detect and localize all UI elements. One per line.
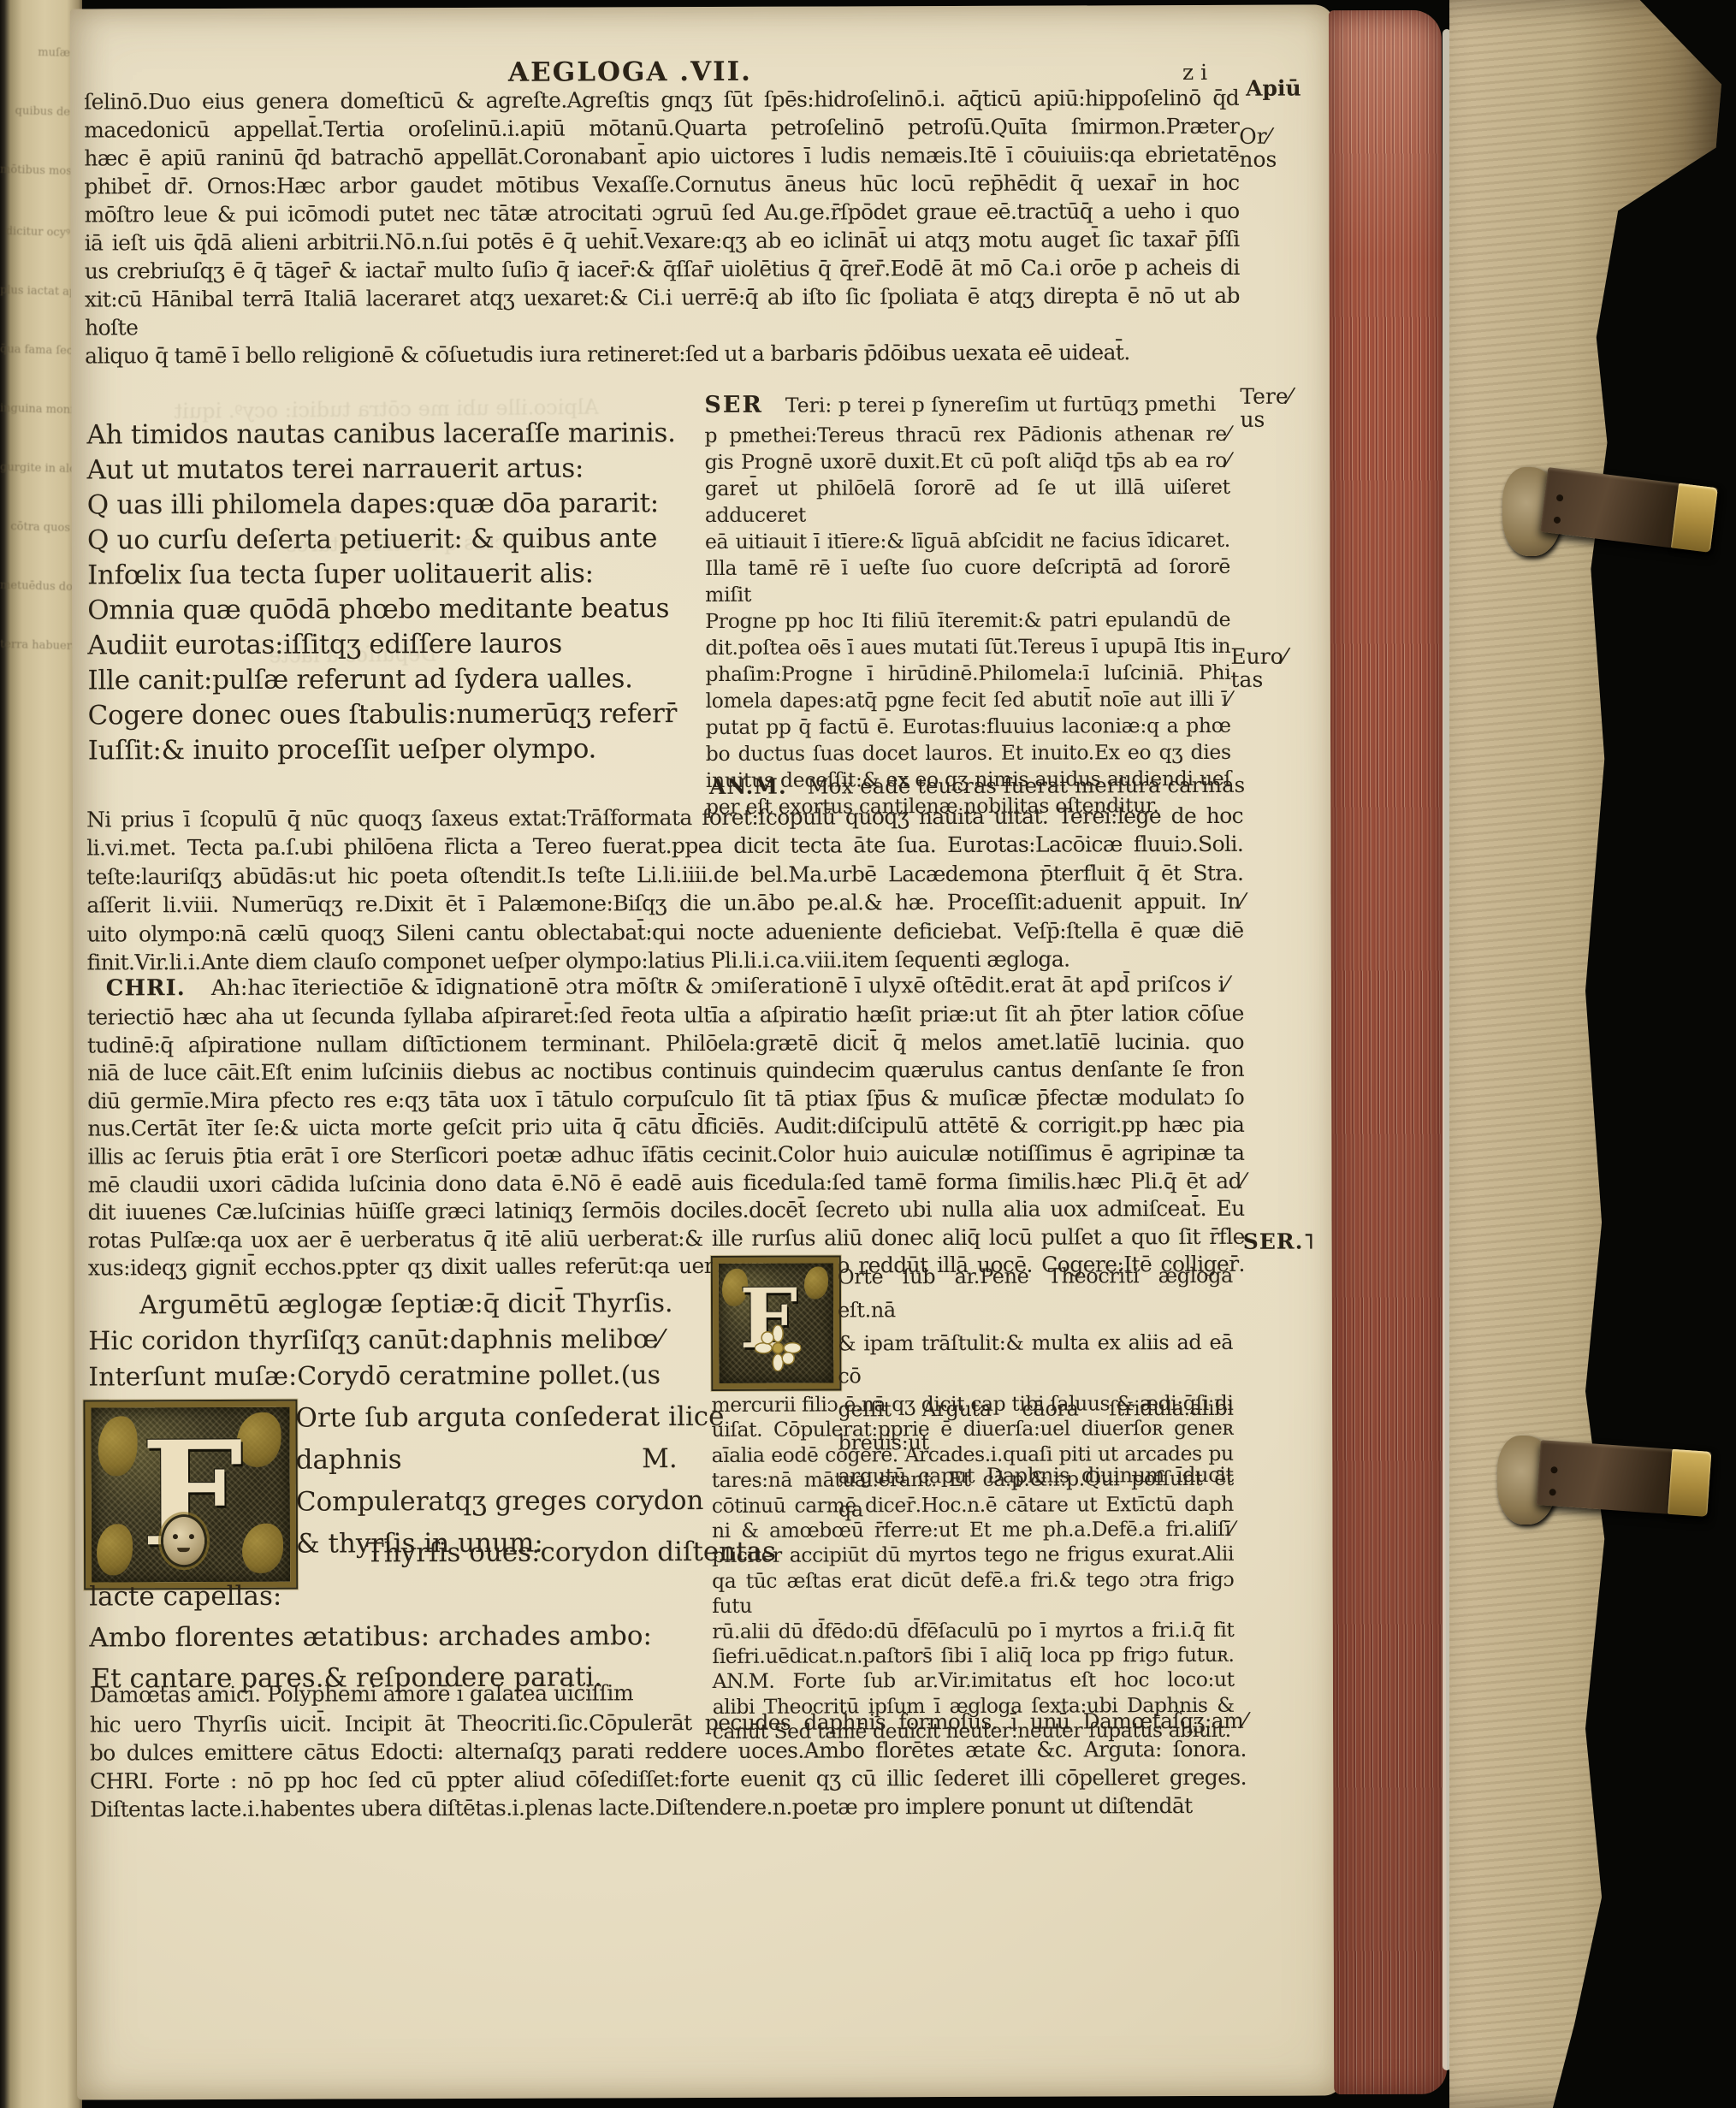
text-line: q̄ua fama ſecutā bbox=[0, 343, 82, 358]
text-line: lomela dapes:atq̄ pgne fecit ſed abutit̄… bbox=[706, 686, 1231, 714]
left-page-stack-edge: muſæquibus demōtibus mosdicitur ocyꝰplus… bbox=[0, 0, 82, 2108]
text-line: aſſerit li.viii. Numerūqʒ re.Dixit ēt ī … bbox=[86, 887, 1243, 920]
text-line: mē claudii uxori cādida luſcinia dono da… bbox=[87, 1167, 1244, 1199]
text-line: teriectiō hæc aha ut ſecunda ſyllaba aſp… bbox=[87, 1000, 1244, 1032]
text-line: mercurii filiɔ ē.nā qʒ dicit cap tibi ſa… bbox=[711, 1391, 1233, 1418]
section-label-ser: SER bbox=[704, 392, 763, 418]
text-line: Ah timidos nautas canibus laceraſſe mari… bbox=[86, 416, 687, 453]
servius-commentary-column: p pmethei:Tereus thracū rex Pādionis ath… bbox=[704, 421, 1231, 820]
text-line: Progne pp hoc Iti filiū īteremit:& patri… bbox=[705, 607, 1230, 635]
book-clasp-top bbox=[1525, 462, 1721, 565]
text-line: qa tūc æſtas erat dicūt defē.a fri.& teg… bbox=[712, 1567, 1234, 1619]
text-line: terra habuerat bbox=[0, 638, 82, 654]
red-fore-edge bbox=[1329, 10, 1447, 2094]
clasp-brass-tip bbox=[1671, 483, 1718, 553]
text-line: macedonicū appellat̄.Tertia oroſelinū.i.… bbox=[84, 112, 1239, 145]
text-line: Ni prius ī ſcopulū q̄ nūc quoqʒ ſaxeus e… bbox=[86, 802, 1243, 834]
text-line: ſiefri.uēdicat.n.paſtors̄ ſibi ī aliq̄ l… bbox=[712, 1643, 1234, 1670]
anm-first-line: Mox eadē teucras fuerat merſura carinas bbox=[808, 773, 1246, 799]
text-line: Illa tamē rē ī ueſte ſuo cuore deſcriptā… bbox=[705, 554, 1230, 608]
text-line: Aut ut mutatos terei narrauerit artus: bbox=[87, 451, 688, 488]
clasp-brass-tip bbox=[1668, 1449, 1711, 1517]
text-line: garet̄ ut philōelā ſororē ad ſe ut illā … bbox=[705, 474, 1230, 529]
text-line: & ipam trāſtulit:& multa ex aliis ad eā … bbox=[838, 1325, 1233, 1393]
text-line: ni & amœbœū r̄ferre:ut Et me ph.a.Defē.a… bbox=[712, 1517, 1234, 1544]
theocritus-commentary-column: mercurii filiɔ ē.nā qʒ dicit cap tibi ſa… bbox=[711, 1391, 1234, 1745]
text-line: eā uitiauit ī itīere:& līguā abſcidit ne… bbox=[705, 527, 1230, 555]
page-signature: z i bbox=[1182, 60, 1207, 85]
chri-heading-line: CHRI.Ah:hac īteriectiōe & īdignationē ɔt… bbox=[87, 972, 1244, 1002]
top-commentary-block: ſelinō.Duo eius genera domeſticū & agreſ… bbox=[84, 84, 1240, 370]
text-line: phibet̄ dr̄. Ornos:Hæc arbor gaudet mōti… bbox=[84, 169, 1239, 201]
text-line: Diſtentas lacte.i.habentes ubera diſtēta… bbox=[90, 1791, 1247, 1824]
bottom-commentary-block: hic uero Thyrſis uicit̄. Incipit āt Theo… bbox=[90, 1707, 1247, 1824]
text-line: Iuſſit:& inuito proceſſit ueſper olympo. bbox=[88, 731, 689, 768]
speaker-label-m: M. bbox=[642, 1443, 678, 1474]
text-line: nus.Certāt īter ſe:& uicta morte geſcit … bbox=[87, 1111, 1244, 1143]
verse-line: lacte capellas: bbox=[89, 1581, 281, 1613]
book-page: AEGLOGA .VII. z i Alpico.ille ubi me cōt… bbox=[70, 4, 1342, 2099]
text-line: Cogere donec oues ſtabulis:numerūqʒ refe… bbox=[88, 696, 689, 733]
text-line: bo dulces emittere cātus Edocti: alterna… bbox=[90, 1735, 1247, 1768]
text-line: putat pp q̄ factū ē. Eurotas:fluuius lac… bbox=[706, 713, 1231, 741]
text-line: aliquo q̄ tamē ī bello religionē & cōſue… bbox=[85, 338, 1240, 370]
verse-line: Compuleratqʒ greges corydon bbox=[296, 1485, 704, 1518]
text-line: hæc ē apiū raninū q̄d batrachō appellāt.… bbox=[84, 140, 1239, 173]
decorated-initial-F-small: F bbox=[713, 1257, 840, 1389]
text-line: tudinē:q̄ aſpiratione nullam diſtīctione… bbox=[87, 1027, 1244, 1059]
text-line: dit iuuenes Cæ.luſcinias hūiſſe græci la… bbox=[88, 1195, 1245, 1227]
text-line: hic uero Thyrſis uicit̄. Incipit āt Theo… bbox=[90, 1707, 1247, 1739]
text-line: Q uo curſu deſerta petiuerit: & quibus a… bbox=[87, 521, 688, 558]
text-line: mōſtro leue & pui icōmodi putet nec tātæ… bbox=[85, 197, 1240, 229]
verse-line: Ambo florentes ætatibus: archades ambo: bbox=[89, 1620, 652, 1653]
text-line: Ille canit:pulſæ referunt ad ſydera uall… bbox=[87, 661, 688, 698]
text-line: plus iactat apd̄ bbox=[0, 284, 82, 299]
text-line: iā ieſt uis q̄dā alieni arbitrii.Nō.n.ſu… bbox=[85, 225, 1240, 258]
verse-column: Ah timidos nautas canibus laceraſſe mari… bbox=[86, 416, 688, 768]
text-line: p pmethei:Tereus thracū rex Pādionis ath… bbox=[704, 421, 1229, 449]
margin-note-ornos: Or⁄ nos bbox=[1239, 125, 1277, 171]
text-line: uiſat. Cōpulerat:pprie ē diuerſa:uel diu… bbox=[711, 1416, 1233, 1443]
verse-line-text: daphnis bbox=[296, 1444, 402, 1475]
margin-note-eurotas: Euro⁄ tas bbox=[1230, 645, 1287, 691]
verse-line: Orte ſub arguta conſederat ilice bbox=[295, 1401, 724, 1434]
margin-note-tereus: Tere⁄ us bbox=[1240, 385, 1292, 431]
text-line: Q uas illi philomela dapes:quæ dōa parar… bbox=[87, 486, 688, 523]
text-line: rū.alii dū d̄fēdo:dū d̄fēſaculū po ī myr… bbox=[712, 1618, 1234, 1645]
text-line: CHRI. Forte : nō pp hoc ſed cū ppter ali… bbox=[90, 1763, 1247, 1796]
text-line: illis ac ſeruis p̄tia erāt ī ore Sterſic… bbox=[87, 1140, 1244, 1171]
section-label-anm: AN.M. bbox=[709, 774, 787, 799]
verse-line: daphnis M. bbox=[296, 1443, 678, 1476]
text-line: pliciter accipiūt dū myrtos tego ne frig… bbox=[712, 1542, 1234, 1569]
argumentum-line: Interſunt muſæ:Corydō ceratmine pollet.(… bbox=[88, 1360, 661, 1392]
servius-first-line: Teri: p terei p ſynereſim ut furtūqʒ pme… bbox=[785, 392, 1216, 417]
text-line: phaſim:Progne ī hirūdinē.Philomela:ī luſ… bbox=[705, 660, 1230, 688]
decorated-initial-F-large: F bbox=[85, 1401, 296, 1589]
text-line: niā de luce cāit.Eſt enim luſciniis dieb… bbox=[87, 1056, 1244, 1087]
commentary-line: Damœtas amici. Polyphemi amorē ī galateā… bbox=[90, 1680, 634, 1707]
text-line: ſelinō.Duo eius genera domeſticū & agreſ… bbox=[84, 84, 1239, 116]
margin-note-ser: SER.˥ bbox=[1243, 1230, 1315, 1253]
chri-commentary-block: teriectiō hæc aha ut ſecunda ſyllaba aſp… bbox=[87, 1000, 1245, 1283]
parchment-cover-edge bbox=[1449, 0, 1721, 2108]
page-title: AEGLOGA .VII. bbox=[508, 56, 752, 88]
text-line: tares:nā mātuai.erant. Et cā.p.&.r.p.Qui… bbox=[712, 1466, 1234, 1494]
text-line: Audiit eurotas:iſſitqʒ ediſſere lauros bbox=[87, 626, 688, 663]
book-photo: muſæquibus demōtibus mosdicitur ocyꝰplus… bbox=[0, 0, 1736, 2108]
text-line: metuēdus dolo īd bbox=[0, 579, 82, 595]
text-line: li.vi.met. Tecta pa.ſ.ubi philōena r̄lic… bbox=[86, 830, 1243, 862]
text-line: Orte ſub ar.Pene Theocriti ægloga eſt.nā bbox=[838, 1259, 1233, 1327]
woodcut-face-ornament bbox=[163, 1517, 204, 1565]
text-line: rotas Pulſæ:qa uox aer ē uerberatus q̄ i… bbox=[88, 1223, 1245, 1255]
text-line: dicitur ocyꝰ bbox=[0, 222, 82, 240]
text-line: cōtinuū carmē dicer̄.Hoc.n.ē cātare ut E… bbox=[712, 1491, 1234, 1519]
text-line: cōtra quos bbox=[0, 520, 82, 536]
text-line: bo ductus ſuas docet lauros. Et inuito.E… bbox=[706, 739, 1231, 767]
text-line: Infœlix ſua tecta ſuper uolitauerit alis… bbox=[87, 556, 688, 593]
anm-heading-line: AN.M.Mox eadē teucras fuerat merſura car… bbox=[709, 773, 1233, 799]
text-line: inguina monſtris bbox=[0, 402, 82, 417]
servius-heading-line: SERTeri: p terei p ſynereſim ut furtūqʒ … bbox=[704, 390, 1231, 418]
text-line: AN.M. Forte ſub ar.Vir.imitatus eſt hoc … bbox=[713, 1667, 1235, 1695]
chri-first-line: Ah:hac īteriectiōe & īdignationē ɔtra mō… bbox=[211, 972, 1229, 1000]
anm-commentary-block: Ni prius ī ſcopulū q̄ nūc quoqʒ ſaxeus e… bbox=[86, 802, 1244, 977]
book-clasp-bottom bbox=[1520, 1430, 1716, 1533]
text-line: Omnia quæ quōdā phœbo meditante beatus bbox=[87, 591, 688, 628]
text-line: diū germīe.Mira pfecto res e:qʒ tāta uox… bbox=[87, 1084, 1244, 1116]
text-line: xit:cū Hānibal terrā Italiā laceraret at… bbox=[85, 281, 1240, 342]
text-line: us crebriuſqʒ ē q̄ tāger̄ & iactar̄ mult… bbox=[85, 253, 1240, 286]
text-line: gis Prognē uxorē duxit.Et cū poſt aliq̄d… bbox=[705, 447, 1230, 476]
section-label-chri: CHRI. bbox=[106, 975, 186, 1001]
argumentum-line: Hic coridon thyrſiſqʒ canūt:daphnis meli… bbox=[88, 1324, 663, 1356]
clasp-strap bbox=[1540, 467, 1718, 553]
text-line: aīalia eodē cogere. Arcades.i.quaſi piti… bbox=[712, 1442, 1234, 1469]
text-line: dit.poſtea oēs ī aues mutati ſūt.Tereus … bbox=[705, 633, 1230, 661]
text-line: gurgite in alo bbox=[0, 461, 82, 477]
text-line: teſte:lauriſqʒ abūdās:ut hic poeta oſten… bbox=[86, 859, 1243, 891]
margin-note-apiu: Apiū bbox=[1246, 77, 1301, 100]
clasp-strap bbox=[1537, 1440, 1712, 1517]
flower-ornament bbox=[755, 1325, 801, 1371]
argumentum-line: Argumētū æglogæ ſeptiæ:q̄ dicit̄ Thyrſis… bbox=[139, 1288, 673, 1320]
text-line: uito olympo:nā cælū quoqʒ Sileni cantu o… bbox=[86, 915, 1243, 948]
